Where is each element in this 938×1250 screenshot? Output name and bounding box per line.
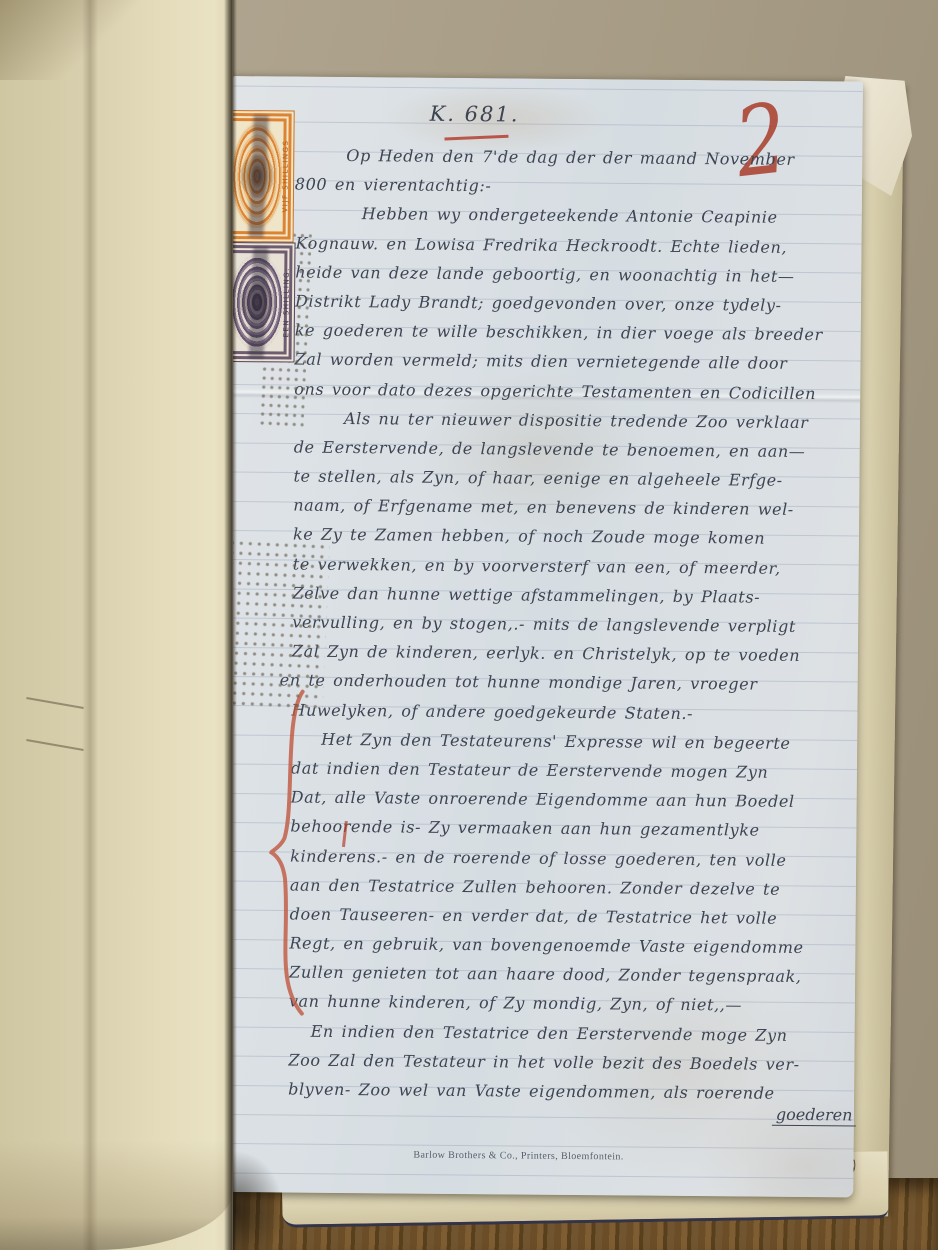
manuscript-page: K. 681. 2 Op Heden den 7'de dag der der … — [223, 76, 863, 1197]
handwritten-text-block: Op Heden den 7'de dag der der maand Nove… — [288, 141, 862, 1109]
manuscript-line: van hunne kinderen, of Zy mondig, Zyn, o… — [289, 987, 855, 1021]
reference-number: K. 681. — [430, 102, 520, 127]
printer-imprint: Barlow Brothers & Co., Printers, Bloemfo… — [224, 1148, 814, 1164]
stamp-denomination-text: EEN SHILLING. — [280, 243, 294, 361]
manuscript-line: blyven- Zoo wel van Vaste eigendommen, a… — [288, 1075, 854, 1109]
manuscript-line: te verwekken, en by voorversterf van een… — [293, 549, 859, 583]
folded-page-stack — [0, 0, 233, 1250]
manuscript-line: ons voor dato dezes opgerichte Testament… — [294, 374, 860, 408]
binding-spine-gap — [224, 0, 237, 1250]
manuscript-line: Kognauw. en Lowisa Fredrika Heckroodt. E… — [295, 228, 861, 262]
perforation-marks — [223, 540, 330, 714]
red-underline — [444, 135, 508, 140]
manuscript-line: behoorende is- Zy vermaaken aan hun geza… — [290, 812, 856, 846]
photographed-testament-page: Diary K. 681. 2 Op Heden den 7'de dag de… — [0, 0, 938, 1250]
red-margin-brace — [266, 686, 311, 1018]
manuscript-line: aan den Testatrice Zullen behooren. Zond… — [290, 870, 856, 904]
manuscript-line: En indien den Testatrice den Eerstervend… — [289, 1016, 855, 1050]
manuscript-line: Hebben wy ondergeteekende Antonie Ceapin… — [296, 199, 862, 233]
manuscript-line: ke Zy te Zamen hebben, of noch Zoude mog… — [293, 520, 859, 554]
page-fold-line — [82, 0, 98, 1250]
catchword: goederen — [772, 1105, 857, 1127]
manuscript-line: Als nu ter nieuwer dispositie tredende Z… — [294, 403, 860, 437]
page-curl-shading — [0, 1140, 233, 1250]
manuscript-line: Zal worden vermeld; mits dien vernietege… — [294, 345, 860, 379]
manuscript-line: en te onderhouden tot hunne mondige Jare… — [280, 666, 858, 700]
page-slit-mark — [26, 697, 83, 709]
manuscript-line: kinderens.- en de roerende of losse goed… — [290, 841, 856, 875]
page-slit-mark — [26, 739, 83, 751]
stamp-denomination-text: VIJF SHILLINGS — [279, 111, 293, 241]
stack-top-shading — [0, 0, 140, 80]
manuscript-line: Huwelyken, of andere goedgekeurde Staten… — [291, 695, 857, 729]
